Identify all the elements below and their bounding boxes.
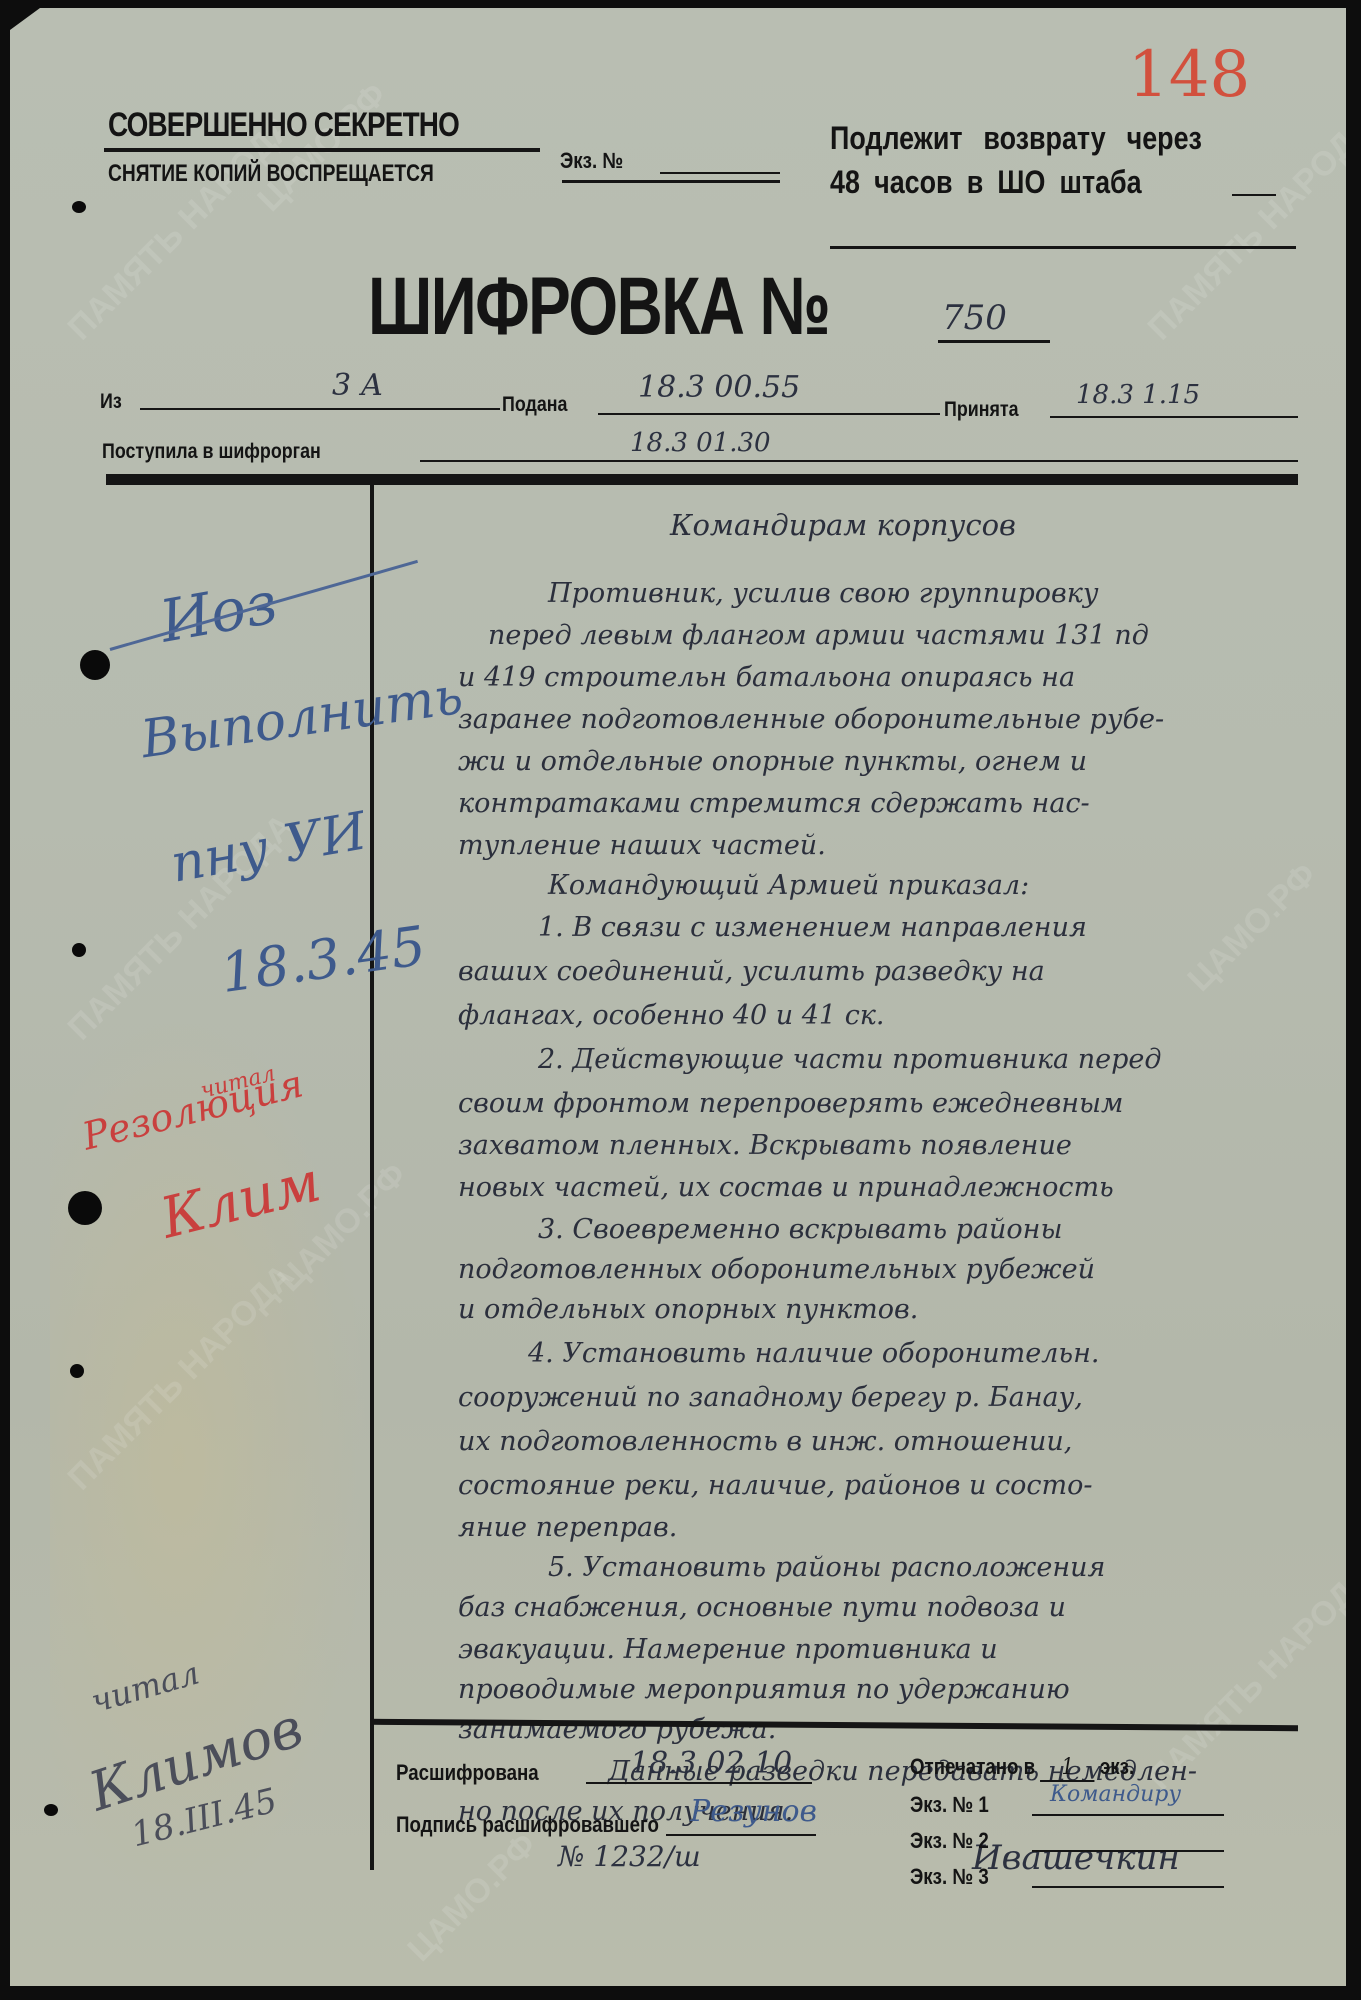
copy-number-field (660, 172, 780, 174)
message-line: 5. Установить районы расположения (548, 1552, 1105, 1583)
return-notice-line2: 48 часов в ШО штаба (830, 164, 1142, 201)
document-sheet: ПАМЯТЬ НАРОДА ЦАМО.РФ ПАМЯТЬ НАРОДА ПАМЯ… (10, 8, 1346, 1986)
archive-page-number: 148 (1128, 38, 1250, 112)
heavy-divider (106, 474, 1298, 485)
copy-1-field (1032, 1814, 1224, 1816)
message-line: Командующий Армией приказал: (548, 870, 1029, 901)
punch-hole (72, 201, 86, 213)
copy-3-field (1032, 1886, 1224, 1888)
message-line: подготовленных оборонительных рубежей (458, 1254, 1095, 1285)
decryptor-signature-value: Резунов (690, 1794, 817, 1829)
from-value: 3 А (332, 368, 383, 403)
message-line: 1. В связи с изменением направления (538, 912, 1087, 943)
message-line: занимаемого рубежа. (458, 1714, 776, 1745)
message-line: тупление наших частей. (458, 830, 826, 861)
message-line: 2. Действующие части противника перед (538, 1044, 1161, 1075)
cipher-arrival-value: 18.3 01.30 (630, 428, 771, 458)
decrypted-label: Расшифрована (396, 1760, 539, 1786)
submitted-field (598, 413, 940, 415)
message-line: Противник, усилив свою группировку (548, 578, 1099, 609)
printed-label: Отпечатано в 1 экз. (910, 1754, 1134, 1782)
punch-hole (70, 1364, 84, 1378)
classification-stamp: СОВЕРШЕННО СЕКРЕТНО (108, 106, 459, 145)
message-line: 4. Установить наличие оборонительн. (528, 1338, 1099, 1369)
from-label: Из (100, 390, 122, 414)
message-line: яние переправ. (458, 1512, 677, 1543)
message-line: и 419 строительн батальона опираясь на (458, 662, 1075, 693)
message-line: 3. Своевременно вскрывать районы (538, 1214, 1062, 1245)
return-notice-line1: Подлежит возврату через (830, 120, 1202, 157)
margin-note-blue: пну УИ (166, 801, 371, 894)
margin-note-blue: Иоз (155, 568, 282, 655)
message-line: эвакуации. Намерение противника и (458, 1634, 998, 1665)
addressee: Командирам корпусов (670, 508, 1016, 542)
margin-note-blue: 18.3.45 (217, 914, 430, 1005)
message-line: и отдельных опорных пунктов. (458, 1294, 918, 1325)
return-notice-underline (1232, 194, 1276, 196)
message-line: ваших соединений, усилить разведку на (458, 956, 1045, 987)
message-line: своим фронтом перепроверять ежедневным (458, 1088, 1123, 1119)
punch-hole (80, 650, 110, 680)
header-rule (104, 148, 540, 152)
reference-number: № 1232/ш (558, 1840, 701, 1873)
submitted-label: Подана (502, 393, 567, 417)
message-line: баз снабжения, основные пути подвоза и (458, 1592, 1066, 1623)
message-line: состояние реки, наличие, районов и состо… (458, 1470, 1093, 1501)
copy-1-value: Командиру (1050, 1782, 1181, 1807)
cipher-number: 750 (942, 298, 1007, 338)
copy-2-field (1032, 1850, 1224, 1852)
document-title: ШИФРОВКА № (368, 260, 829, 354)
decrypted-value: 18.3 02.10 (630, 1746, 792, 1781)
decryptor-signature-label: Подпись расшифровавшего (396, 1812, 659, 1838)
cipher-number-field (938, 340, 1050, 343)
cipher-arrival-label: Поступила в шифрорган (102, 440, 321, 464)
message-line: проводимые мероприятия по удержанию (458, 1674, 1070, 1705)
commander-signature: Ивашечкин (972, 1838, 1180, 1878)
received-field (1050, 416, 1298, 418)
punch-hole (68, 1191, 102, 1225)
header-rule (562, 180, 780, 183)
received-value: 18.3 1.15 (1076, 380, 1200, 410)
margin-note-blue: Выполнить (137, 666, 466, 770)
header-rule (830, 246, 1296, 249)
copy-number-label: Экз. № (560, 148, 623, 174)
watermark: ЦАМО.РФ (400, 1825, 544, 1969)
received-label: Принята (944, 398, 1019, 422)
copy-3-label: Экз. № 3 (910, 1864, 989, 1890)
message-line: сооружений по западному берегу р. Банау, (458, 1382, 1083, 1413)
punch-hole (72, 943, 86, 957)
message-line: перед левым флангом армии частями 131 пд (488, 620, 1149, 651)
message-line: новых частей, их состав и принадлежность (458, 1172, 1114, 1203)
message-line: захватом пленных. Вскрывать появление (458, 1130, 1072, 1161)
decryptor-signature-field (666, 1834, 816, 1836)
message-line: их подготовленность в инж. отношении, (458, 1426, 1072, 1457)
from-field (140, 408, 500, 410)
printed-prefix: Отпечатано в (910, 1754, 1035, 1779)
printed-count: 1 (1040, 1755, 1094, 1782)
punch-hole (44, 1804, 58, 1816)
copy-2-label: Экз. № 2 (910, 1828, 989, 1854)
message-line: контратаками стремится сдержать нас- (458, 788, 1090, 819)
copy-restriction: СНЯТИЕ КОПИЙ ВОСПРЕЩАЕТСЯ (108, 160, 434, 188)
message-line: заранее подготовленные оборонительные ру… (458, 704, 1164, 735)
message-line: флангах, особенно 40 и 41 ск. (458, 1000, 885, 1031)
submitted-value: 18.3 00.55 (638, 370, 800, 405)
printed-suffix: экз. (1100, 1754, 1134, 1779)
copy-1-label: Экз. № 1 (910, 1792, 989, 1818)
cipher-arrival-field (420, 460, 1298, 462)
decrypted-field (586, 1782, 812, 1784)
watermark: ЦАМО.РФ (1180, 855, 1324, 999)
message-line: жи и отдельные опорные пункты, огнем и (458, 746, 1087, 777)
